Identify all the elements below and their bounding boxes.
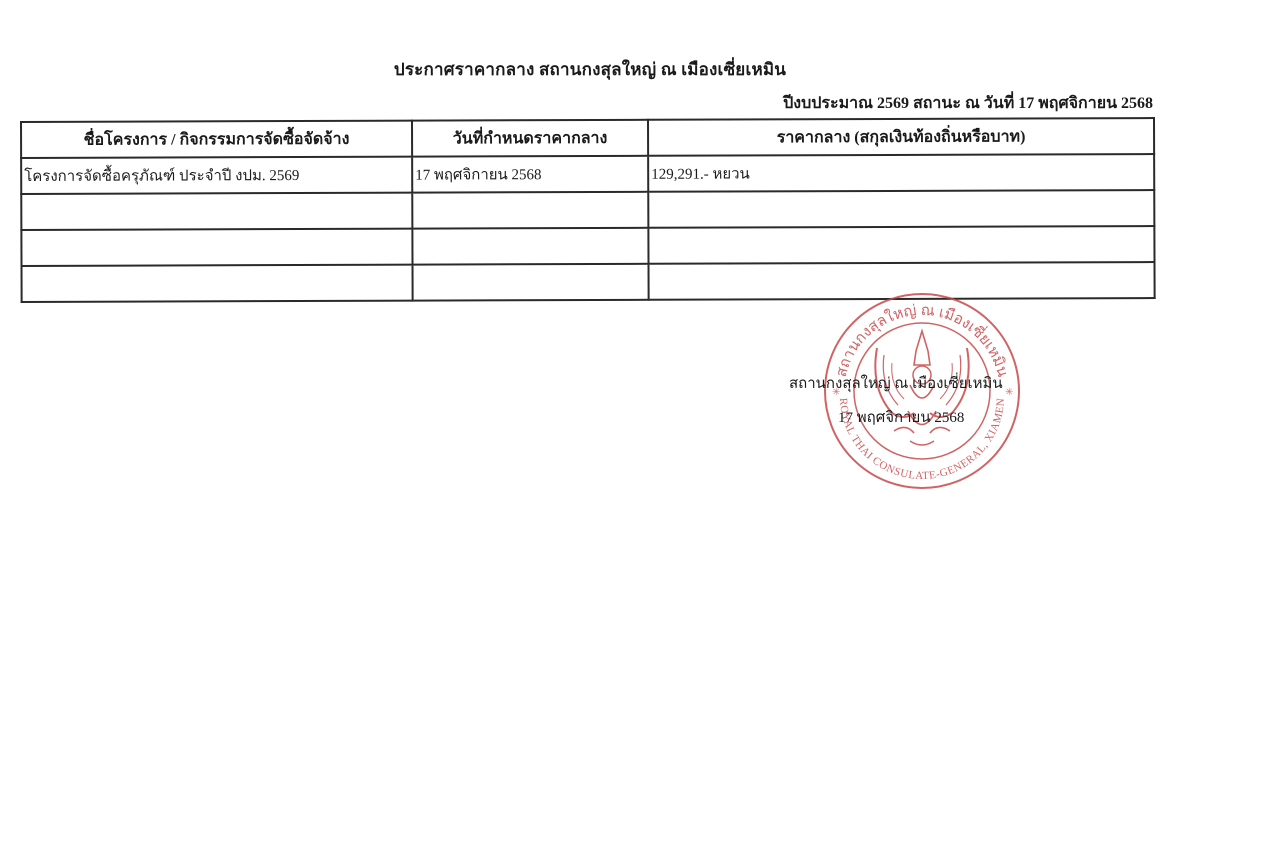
cell-price-date: 17 พฤศจิกายน 2568 [412,156,648,193]
status-subtitle: ปีงบประมาณ 2569 สถานะ ณ วันที่ 17 พฤศจิก… [783,91,1153,116]
header-reference-price: ราคากลาง (สกุลเงินท้องถิ่นหรือบาท) [648,118,1154,156]
reference-price-table: ชื่อโครงการ / กิจกรรมการจัดซื้อจัดจ้าง ว… [20,117,1156,297]
signature-organization: สถานกงสุลใหญ่ ณ เมืองเซี่ยเหมิน [789,371,1003,395]
cell-project-name [21,229,412,266]
header-project-name: ชื่อโครงการ / กิจกรรมการจัดซื้อจัดจ้าง [21,121,412,158]
cell-reference-price [648,226,1154,264]
table-row [21,226,1154,266]
cell-price-date [413,264,649,301]
svg-text:สถานกงสุลใหญ่ ณ เมืองเซี่ยเหมิ: สถานกงสุลใหญ่ ณ เมืองเซี่ยเหมิน [834,303,1010,379]
table-header-row: ชื่อโครงการ / กิจกรรมการจัดซื้อจัดจ้าง ว… [21,118,1154,158]
cell-price-date [412,228,648,265]
page-title: ประกาศราคากลาง สถานกงสุลใหญ่ ณ เมืองเซี่… [0,56,1180,83]
cell-reference-price [648,190,1154,228]
svg-text:✳: ✳ [1005,387,1013,398]
signature-date: 17 พฤศจิกายน 2568 [838,405,964,429]
cell-price-date [412,192,648,229]
table-row [21,190,1154,230]
table-row: โครงการจัดซื้อครุภัณฑ์ ประจำปี งปม. 2569… [21,154,1154,194]
cell-reference-price: 129,291.- หยวน [648,154,1154,192]
cell-project-name [21,193,412,230]
cell-project-name [22,265,413,302]
header-price-date: วันที่กำหนดราคากลาง [412,120,648,157]
cell-project-name: โครงการจัดซื้อครุภัณฑ์ ประจำปี งปม. 2569 [21,157,412,194]
